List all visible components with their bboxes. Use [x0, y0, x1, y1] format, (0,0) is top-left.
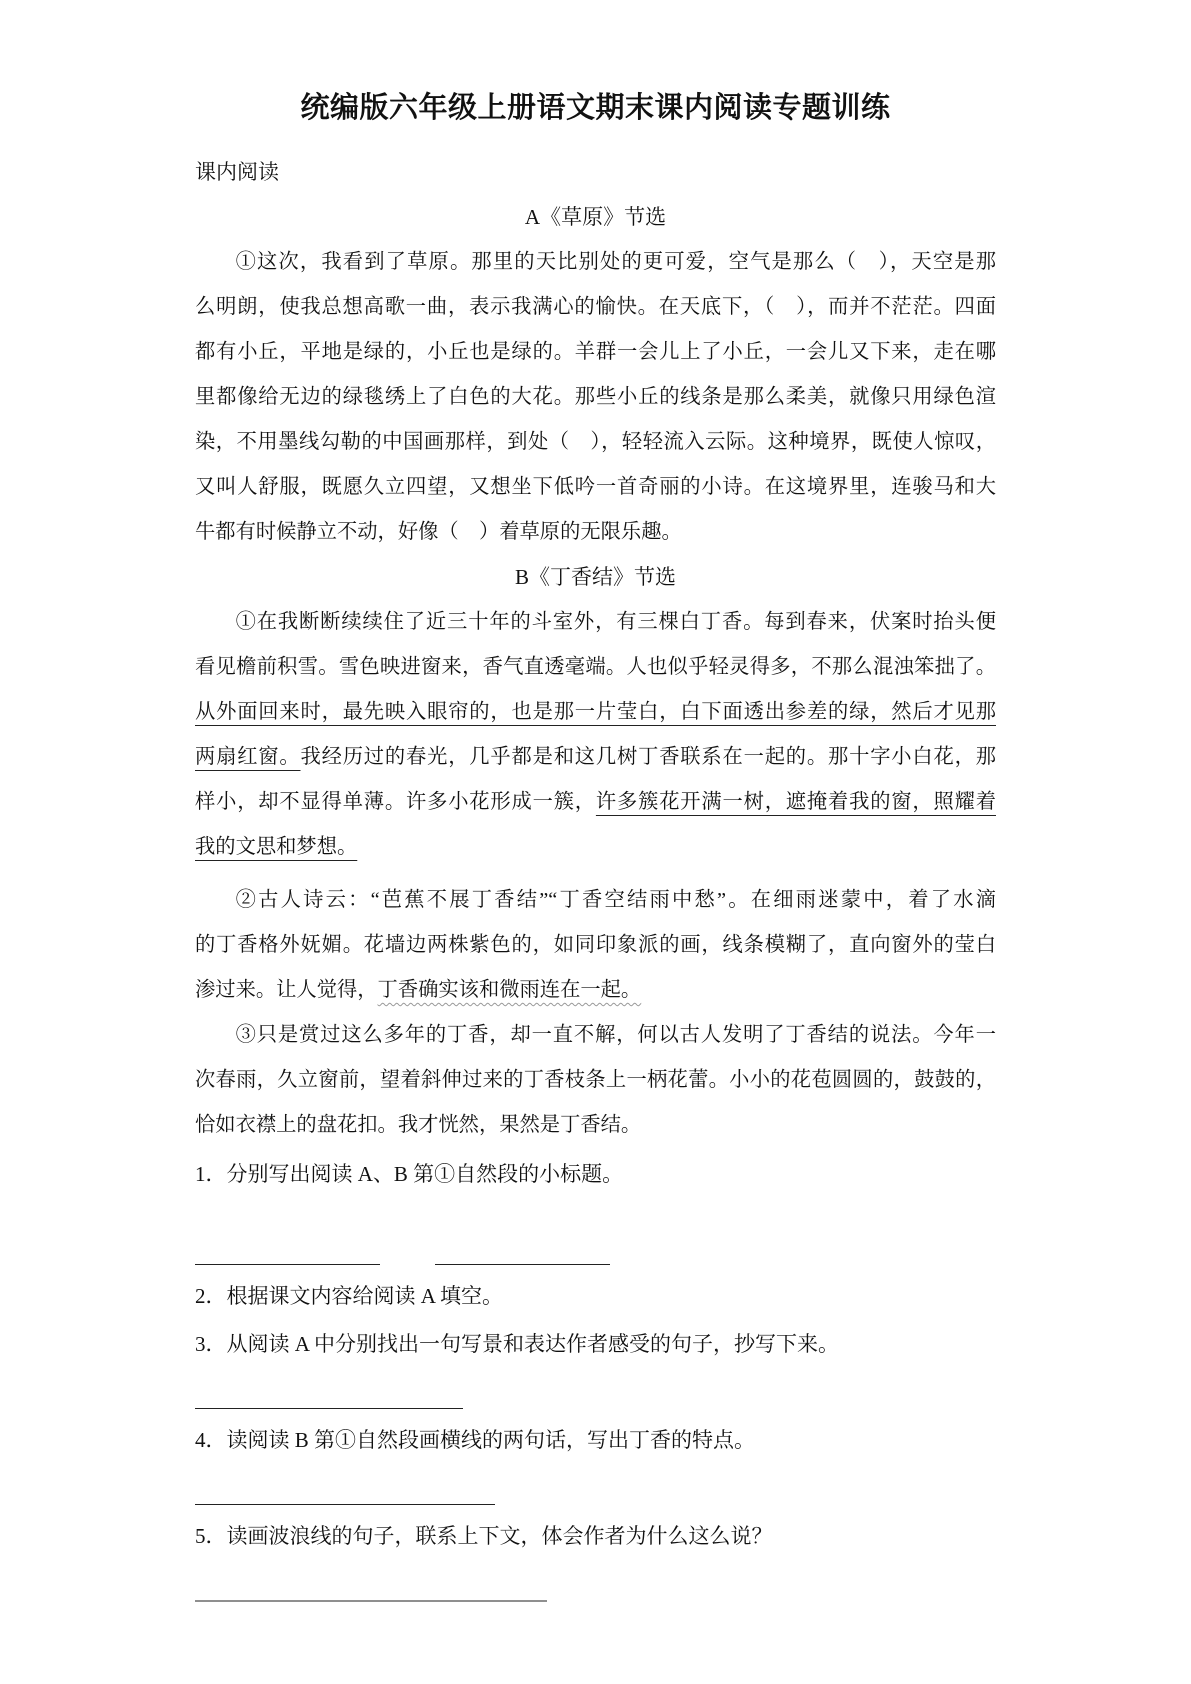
- answer-blank-row: [195, 1224, 996, 1272]
- underlined-sentence: 许多簇花开满一树，遮掩着我的窗，照耀着: [596, 791, 996, 813]
- answer-blank[interactable]: [435, 1224, 610, 1265]
- passage-line: 我的文思和梦想。: [195, 825, 996, 870]
- passage-line: 看见檐前积雪。雪色映进窗来，香气直透毫端。人也似乎轻灵得多，不那么混浊笨拙了。: [195, 645, 996, 690]
- passage-line: ③只是赏过这么多年的丁香，却一直不解，何以古人发明了丁香结的说法。今年一: [195, 1013, 996, 1058]
- passage-b-heading: B《丁香结》节选: [195, 555, 996, 600]
- worksheet-page: 统编版六年级上册语文期末课内阅读专题训练 课内阅读 A《草原》节选 ①这次，我看…: [0, 0, 1191, 1684]
- doc-title: 统编版六年级上册语文期末课内阅读专题训练: [0, 0, 1191, 126]
- passage-b-para2: ②古人诗云：“芭蕉不展丁香结”“丁香空结雨中愁”。在细雨迷蒙中，着了水滴的丁香格…: [195, 878, 996, 1013]
- passage-line: ②古人诗云：“芭蕉不展丁香结”“丁香空结雨中愁”。在细雨迷蒙中，着了水滴: [195, 878, 996, 923]
- answer-blank-row: [195, 1368, 996, 1416]
- sentence-text: 的丁香格外妩媚。花墙边两株紫色的，如同印象派的画，线条模糊了，直向窗外的莹白: [195, 934, 996, 956]
- passage-line: ①在我断断续续住了近三十年的斗室外，有三棵白丁香。每到春来，伏案时抬头便: [195, 600, 996, 645]
- sentence-text: 都有小丘，平地是绿的，小丘也是绿的。羊群一会儿上了小丘，一会儿又下来，走在哪: [195, 341, 996, 363]
- passage-line: 次春雨，久立窗前，望着斜伸过来的丁香枝条上一柄花蕾。小小的花苞圆圆的，鼓鼓的，: [195, 1058, 996, 1103]
- passage-a: ①这次，我看到了草原。那里的天比别处的更可爱，空气是那么（ ），天空是那么明朗，…: [195, 240, 996, 555]
- underlined-sentence: 两扇红窗。: [195, 746, 301, 768]
- sentence-text: 渗过来。让人觉得，: [195, 979, 378, 1001]
- question-q5: 5．读画波浪线的句子，联系上下文，体会作者为什么这么说？: [195, 1512, 996, 1560]
- sentence-text: 恰如衣襟上的盘花扣。我才恍然，果然是丁香结。: [195, 1114, 641, 1136]
- answer-blank-row: [195, 1560, 996, 1608]
- question-q1: 1．分别写出阅读 A、B 第①自然段的小标题。: [195, 1150, 996, 1198]
- underlined-sentence: 我的文思和梦想。: [195, 836, 357, 858]
- questions-area: 1．分别写出阅读 A、B 第①自然段的小标题。2．根据课文内容给阅读 A 填空。…: [195, 1150, 996, 1608]
- passage-line: 染，不用墨线勾勒的中国画那样，到处（ ），轻轻流入云际。这种境界，既使人惊叹，: [195, 420, 996, 465]
- sentence-text: 染，不用墨线勾勒的中国画那样，到处（ ），轻轻流入云际。这种境界，既使人惊叹，: [195, 431, 996, 453]
- page-content: 课内阅读 A《草原》节选 ①这次，我看到了草原。那里的天比别处的更可爱，空气是那…: [0, 150, 1191, 1608]
- sentence-text: 又叫人舒服，既愿久立四望，又想坐下低吟一首奇丽的小诗。在这境界里，连骏马和大: [195, 476, 996, 498]
- passage-line: 从外面回来时，最先映入眼帘的，也是那一片莹白，白下面透出参差的绿，然后才见那: [195, 690, 996, 735]
- sentence-text: ③只是赏过这么多年的丁香，却一直不解，何以古人发明了丁香结的说法。今年一: [236, 1024, 996, 1046]
- answer-blank-row: [195, 1464, 996, 1512]
- passage-line: 里都像给无边的绿毯绣上了白色的大花。那些小丘的线条是那么柔美，就像只用绿色渲: [195, 375, 996, 420]
- sentence-text: ①在我断断续续住了近三十年的斗室外，有三棵白丁香。每到春来，伏案时抬头便: [236, 611, 996, 633]
- sentence-text: 牛都有时候静立不动，好像（ ）着草原的无限乐趣。: [195, 521, 682, 543]
- wavy-underlined-sentence: 丁香确实该和微雨连在一起。: [378, 979, 642, 1001]
- passage-b-para1: ①在我断断续续住了近三十年的斗室外，有三棵白丁香。每到春来，伏案时抬头便看见檐前…: [195, 600, 996, 870]
- blank-gap: [380, 1224, 435, 1264]
- sentence-text: ①这次，我看到了草原。那里的天比别处的更可爱，空气是那么（ ），天空是那: [236, 251, 996, 273]
- passage-a-heading: A《草原》节选: [195, 195, 996, 240]
- passage-line: 恰如衣襟上的盘花扣。我才恍然，果然是丁香结。: [195, 1103, 996, 1148]
- question-q3: 3．从阅读 A 中分别找出一句写景和表达作者感受的句子，抄写下来。: [195, 1320, 996, 1368]
- passage-line: 都有小丘，平地是绿的，小丘也是绿的。羊群一会儿上了小丘，一会儿又下来，走在哪: [195, 330, 996, 375]
- passage-line: 的丁香格外妩媚。花墙边两株紫色的，如同印象派的画，线条模糊了，直向窗外的莹白: [195, 923, 996, 968]
- passage-line: 牛都有时候静立不动，好像（ ）着草原的无限乐趣。: [195, 510, 996, 555]
- sentence-text: 样小，却不显得单薄。许多小花形成一簇，: [195, 791, 596, 813]
- answer-blank[interactable]: [195, 1464, 495, 1505]
- sentence-text: 看见檐前积雪。雪色映进窗来，香气直透毫端。人也似乎轻灵得多，不那么混浊笨拙了。: [195, 656, 996, 678]
- spacer: [195, 1198, 996, 1224]
- sentence-text: ②古人诗云：“芭蕉不展丁香结”“丁香空结雨中愁”。在细雨迷蒙中，着了水滴: [236, 889, 996, 911]
- sentence-text: 我经历过的春光，几乎都是和这几树丁香联系在一起的。那十字小白花，那: [301, 746, 996, 768]
- passage-line: ①这次，我看到了草原。那里的天比别处的更可爱，空气是那么（ ），天空是那: [195, 240, 996, 285]
- answer-blank[interactable]: [195, 1368, 463, 1409]
- passage-line: 两扇红窗。我经历过的春光，几乎都是和这几树丁香联系在一起的。那十字小白花，那: [195, 735, 996, 780]
- section-label: 课内阅读: [195, 150, 996, 195]
- question-q2: 2．根据课文内容给阅读 A 填空。: [195, 1272, 996, 1320]
- passage-line: 渗过来。让人觉得，丁香确实该和微雨连在一起。: [195, 968, 996, 1013]
- answer-blank[interactable]: [195, 1224, 380, 1265]
- underlined-sentence: 从外面回来时，最先映入眼帘的，也是那一片莹白，白下面透出参差的绿，然后才见那: [195, 701, 996, 723]
- sentence-text: 次春雨，久立窗前，望着斜伸过来的丁香枝条上一柄花蕾。小小的花苞圆圆的，鼓鼓的，: [195, 1069, 996, 1091]
- answer-blank[interactable]: [195, 1560, 547, 1602]
- passage-b-para3: ③只是赏过这么多年的丁香，却一直不解，何以古人发明了丁香结的说法。今年一次春雨，…: [195, 1013, 996, 1148]
- sentence-text: 里都像给无边的绿毯绣上了白色的大花。那些小丘的线条是那么柔美，就像只用绿色渲: [195, 386, 996, 408]
- sentence-text: 么明朗，使我总想高歌一曲，表示我满心的愉快。在天底下，（ ），而并不茫茫。四面: [195, 296, 996, 318]
- passage-line: 样小，却不显得单薄。许多小花形成一簇，许多簇花开满一树，遮掩着我的窗，照耀着: [195, 780, 996, 825]
- passage-line: 么明朗，使我总想高歌一曲，表示我满心的愉快。在天底下，（ ），而并不茫茫。四面: [195, 285, 996, 330]
- passage-line: 又叫人舒服，既愿久立四望，又想坐下低吟一首奇丽的小诗。在这境界里，连骏马和大: [195, 465, 996, 510]
- question-q4: 4．读阅读 B 第①自然段画横线的两句话，写出丁香的特点。: [195, 1416, 996, 1464]
